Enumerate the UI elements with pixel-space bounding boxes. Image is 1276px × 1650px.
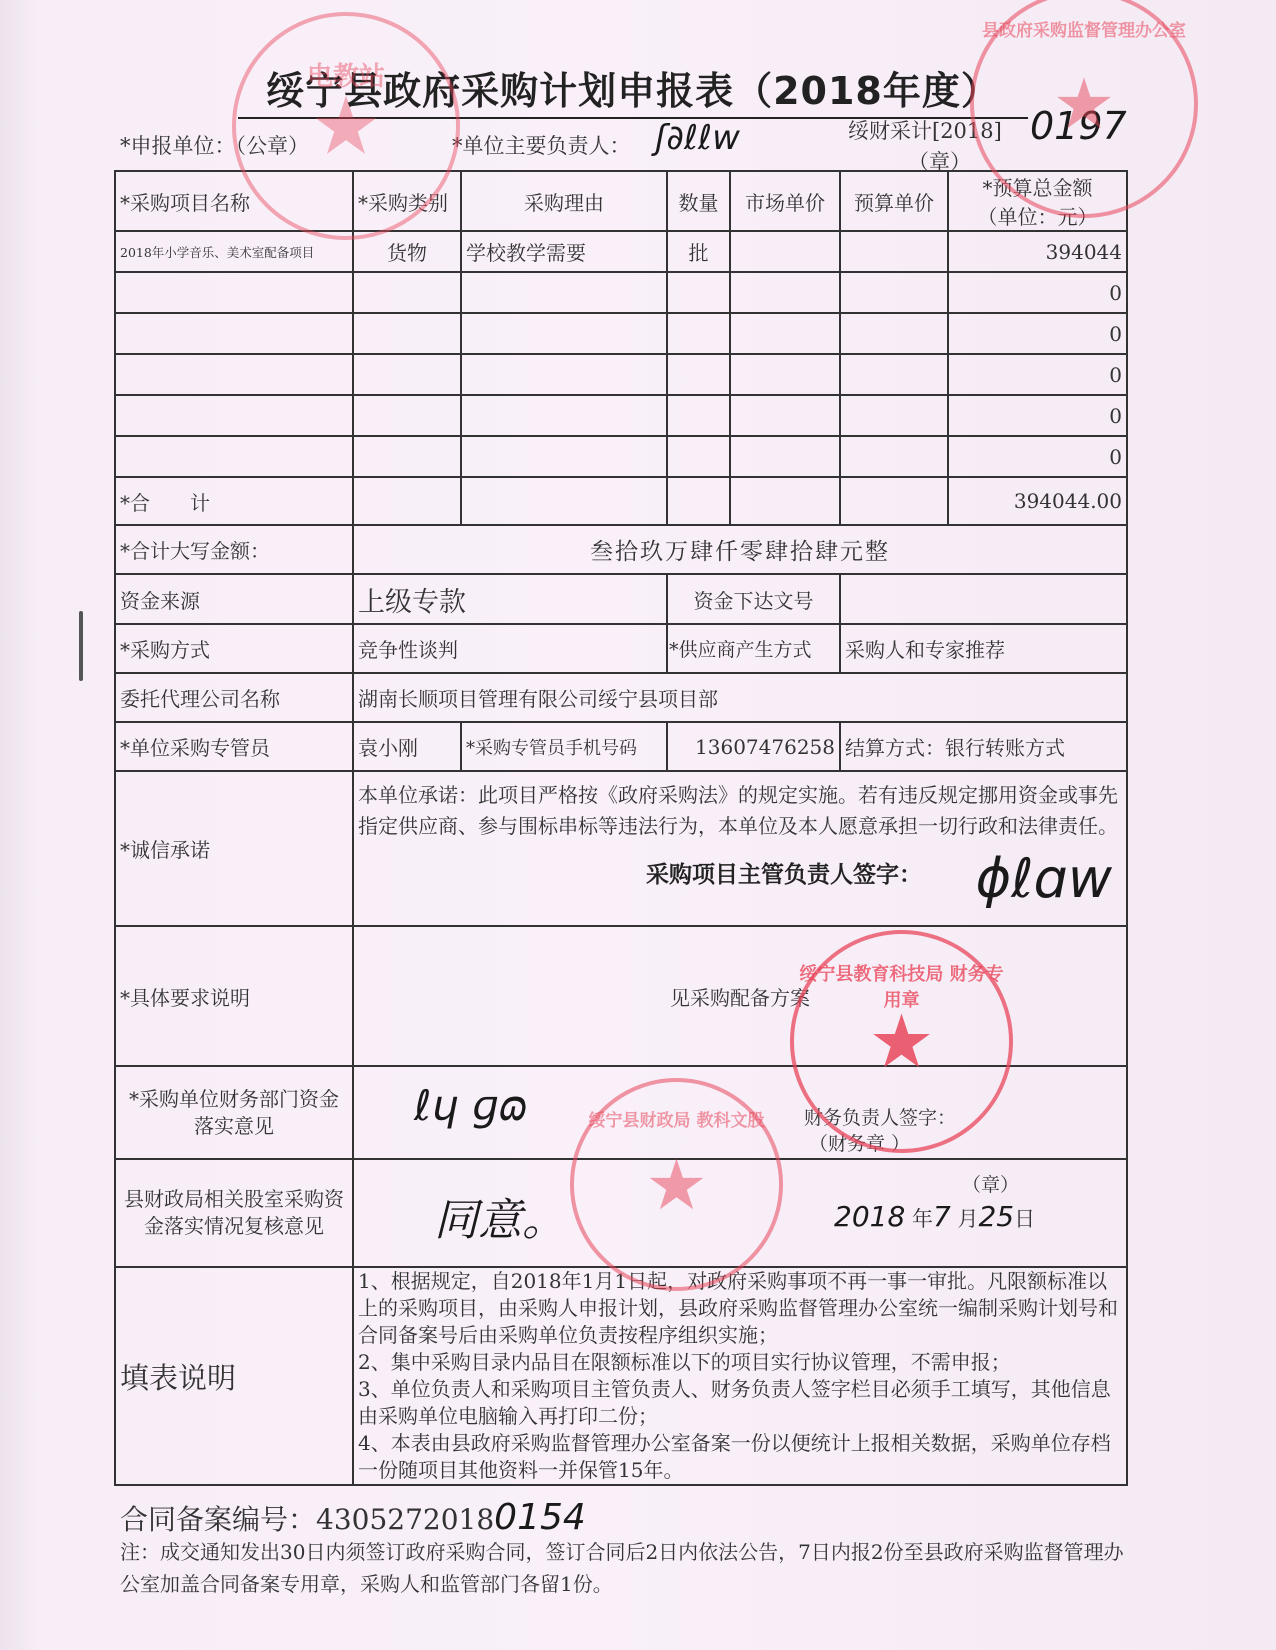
instruction-item: 2、集中采购目录内品目在限额标准以下的项目实行协议管理，不需申报； xyxy=(358,1349,1122,1376)
row-market-price xyxy=(730,313,840,354)
unit-head-label: *单位主要负责人： xyxy=(452,130,631,160)
table-row: 0 xyxy=(115,395,1127,436)
file-number-handwritten: 0197 xyxy=(1030,104,1127,148)
contract-number-printed: 4305272018 xyxy=(316,1503,494,1536)
header-category: *采购类别 xyxy=(353,171,461,231)
integrity-label: *诚信承诺 xyxy=(115,771,353,926)
amount-words-value: 叁拾玖万肆仟零肆拾肆元整 xyxy=(353,525,1127,574)
sum-label: *合 计 xyxy=(115,477,353,525)
row-quantity xyxy=(667,436,730,477)
supplier-method-value: 采购人和专家推荐 xyxy=(840,624,1127,673)
instructions-cell: 1、根据规定，自2018年1月1日起，对政府采购事项不再一事一审批。凡限额标准以… xyxy=(353,1267,1127,1485)
row-total: 0 xyxy=(948,272,1127,313)
amount-words-label: *合计大写金额： xyxy=(115,525,353,574)
header-reason: 采购理由 xyxy=(461,171,667,231)
sum-empty xyxy=(667,477,730,525)
header-quantity: 数量 xyxy=(667,171,730,231)
staple-mark xyxy=(79,611,83,681)
row-category: 货物 xyxy=(353,231,461,272)
agency-row: 委托代理公司名称 湖南长顺项目管理有限公司绥宁县项目部 xyxy=(115,673,1127,722)
row-market-price xyxy=(730,231,840,272)
table-header-row: *采购项目名称 *采购类别 采购理由 数量 市场单价 预算单价 *预算总金额（单… xyxy=(115,171,1127,231)
year-unit: 年 xyxy=(912,1207,933,1231)
contract-number-handwritten: 0154 xyxy=(494,1497,586,1538)
method-row: *采购方式 竞争性谈判 *供应商产生方式 采购人和专家推荐 xyxy=(115,624,1127,673)
fund-source-row: 资金来源 上级专款 资金下达文号 xyxy=(115,574,1127,624)
row-reason xyxy=(461,313,667,354)
day-unit: 日 xyxy=(1014,1207,1035,1231)
sum-empty xyxy=(730,477,840,525)
row-quantity xyxy=(667,313,730,354)
row-project-name xyxy=(115,354,353,395)
sum-empty xyxy=(461,477,667,525)
file-number-printed: 绥财采计[2018] xyxy=(848,115,1002,145)
procurement-form-table: *采购项目名称 *采购类别 采购理由 数量 市场单价 预算单价 *预算总金额（单… xyxy=(114,170,1128,1486)
review-row: 县财政局相关股室采购资金落实情况复核意见 同意。 （章） 2018 年7 月25… xyxy=(115,1159,1127,1267)
row-market-price xyxy=(730,354,840,395)
integrity-cell: 本单位承诺：此项目严格按《政府采购法》的规定实施。若有违反规定挪用资金或事先指定… xyxy=(353,771,1127,926)
integrity-text: 本单位承诺：此项目严格按《政府采购法》的规定实施。若有违反规定挪用资金或事先指定… xyxy=(358,780,1122,842)
header-project-name: *采购项目名称 xyxy=(115,171,353,231)
row-budget-price xyxy=(840,354,948,395)
amount-words-row: *合计大写金额： 叁拾玖万肆仟零肆拾肆元整 xyxy=(115,525,1127,574)
row-quantity xyxy=(667,272,730,313)
header-market-price: 市场单价 xyxy=(730,171,840,231)
row-budget-price xyxy=(840,395,948,436)
table-row: 0 xyxy=(115,313,1127,354)
sum-empty xyxy=(840,477,948,525)
fund-source-label: 资金来源 xyxy=(115,574,353,624)
finance-label: *采购单位财务部门资金落实意见 xyxy=(115,1066,353,1159)
supervisor-signature: ɸℓɑw xyxy=(976,847,1112,910)
row-quantity xyxy=(667,395,730,436)
officer-label: *单位采购专管员 xyxy=(115,722,353,771)
table-row: 0 xyxy=(115,272,1127,313)
row-project-name xyxy=(115,436,353,477)
row-project-name xyxy=(115,313,353,354)
row-reason xyxy=(461,272,667,313)
row-market-price xyxy=(730,395,840,436)
row-category xyxy=(353,395,461,436)
table-row: 0 xyxy=(115,436,1127,477)
requirements-value: 见采购配备方案 xyxy=(353,926,1127,1066)
fund-doc-value xyxy=(840,574,1127,624)
row-category xyxy=(353,354,461,395)
settlement-method: 结算方式：银行转账方式 xyxy=(840,722,1127,771)
officer-value: 袁小刚 xyxy=(353,722,461,771)
instructions-row: 填表说明 1、根据规定，自2018年1月1日起，对政府采购事项不再一事一审批。凡… xyxy=(115,1267,1127,1485)
method-value: 竞争性谈判 xyxy=(353,624,667,673)
seal-text: 县政府采购监督管理办公室 xyxy=(974,16,1194,41)
review-date-year: 2018 xyxy=(834,1200,905,1233)
requirements-label: *具体要求说明 xyxy=(115,926,353,1066)
row-project-name: 2018年小学音乐、美术室配备项目 xyxy=(115,231,353,272)
phone-label: *采购专管员手机号码 xyxy=(461,722,667,771)
instruction-item: 1、根据规定，自2018年1月1日起，对政府采购事项不再一事一审批。凡限额标准以… xyxy=(358,1268,1122,1349)
finance-signature: ℓɥ ɡɷ xyxy=(414,1081,529,1130)
row-reason xyxy=(461,354,667,395)
requirements-row: *具体要求说明 见采购配备方案 xyxy=(115,926,1127,1066)
row-total: 0 xyxy=(948,436,1127,477)
review-label: 县财政局相关股室采购资金落实情况复核意见 xyxy=(115,1159,353,1267)
agency-label: 委托代理公司名称 xyxy=(115,673,353,722)
integrity-row: *诚信承诺 本单位承诺：此项目严格按《政府采购法》的规定实施。若有违反规定挪用资… xyxy=(115,771,1127,926)
finance-sign-label: 财务负责人签字： xyxy=(804,1103,956,1130)
footer-note: 注：成交通知发出30日内须签订政府采购合同，签订合同后2日内依法公告，7日内报2… xyxy=(120,1536,1130,1600)
row-budget-price xyxy=(840,436,948,477)
row-quantity xyxy=(667,354,730,395)
row-category xyxy=(353,313,461,354)
row-reason xyxy=(461,436,667,477)
instruction-item: 3、单位负责人和采购项目主管负责人、财务负责人签字栏目必须手工填写，其他信息由采… xyxy=(358,1376,1122,1430)
fund-source-value: 上级专款 xyxy=(353,574,667,624)
agency-value: 湖南长顺项目管理有限公司绥宁县项目部 xyxy=(353,673,1127,722)
row-total: 394044 xyxy=(948,231,1127,272)
header-total: *预算总金额（单位：元） xyxy=(948,171,1127,231)
month-unit: 月 xyxy=(957,1207,978,1231)
sum-empty xyxy=(353,477,461,525)
row-budget-price xyxy=(840,313,948,354)
row-total: 0 xyxy=(948,354,1127,395)
finance-seal-label: （财务章 ） xyxy=(809,1129,910,1156)
instructions-label: 填表说明 xyxy=(115,1267,353,1485)
row-category xyxy=(353,436,461,477)
scanned-form-page: 绥宁县政府采购计划申报表（2018年度） *申报单位：（公章） *单位主要负责人… xyxy=(0,0,1276,1650)
applicant-unit-label: *申报单位：（公章） xyxy=(120,130,309,160)
row-project-name xyxy=(115,395,353,436)
finance-cell: ℓɥ ɡɷ 财务负责人签字： （财务章 ） xyxy=(353,1066,1127,1159)
finance-row: *采购单位财务部门资金落实意见 ℓɥ ɡɷ 财务负责人签字： （财务章 ） xyxy=(115,1066,1127,1159)
row-reason xyxy=(461,395,667,436)
row-market-price xyxy=(730,272,840,313)
instruction-item: 4、本表由县政府采购监督管理办公室备案一份以便统计上报相关数据，采购单位存档一份… xyxy=(358,1430,1122,1484)
row-total: 0 xyxy=(948,395,1127,436)
row-reason: 学校教学需要 xyxy=(461,231,667,272)
sum-value: 394044.00 xyxy=(948,477,1127,525)
review-seal-label: （章） xyxy=(962,1170,1019,1197)
row-budget-price xyxy=(840,272,948,313)
contract-number: 合同备案编号：43052720180154 xyxy=(120,1497,586,1538)
fund-doc-label: 资金下达文号 xyxy=(667,574,840,624)
unit-head-signature: ʃ∂ℓℓw xyxy=(655,118,740,158)
row-total: 0 xyxy=(948,313,1127,354)
header-budget-price: 预算单价 xyxy=(840,171,948,231)
review-date: 2018 年7 月25日 xyxy=(834,1200,1035,1233)
phone-value: 13607476258 xyxy=(667,722,840,771)
row-project-name xyxy=(115,272,353,313)
review-date-month: 7 xyxy=(933,1200,951,1233)
sum-row: *合 计 394044.00 xyxy=(115,477,1127,525)
contract-number-label: 合同备案编号： xyxy=(120,1503,316,1536)
method-label: *采购方式 xyxy=(115,624,353,673)
table-row: 0 xyxy=(115,354,1127,395)
table-row: 2018年小学音乐、美术室配备项目 货物 学校教学需要 批 394044 xyxy=(115,231,1127,272)
row-category xyxy=(353,272,461,313)
row-market-price xyxy=(730,436,840,477)
review-handwritten: 同意。 xyxy=(434,1184,566,1248)
review-date-day: 25 xyxy=(978,1200,1014,1233)
supplier-method-label: *供应商产生方式 xyxy=(667,624,840,673)
officer-row: *单位采购专管员 袁小刚 *采购专管员手机号码 13607476258 结算方式… xyxy=(115,722,1127,771)
row-budget-price xyxy=(840,231,948,272)
form-title: 绥宁县政府采购计划申报表（2018年度） xyxy=(238,60,1028,119)
row-quantity: 批 xyxy=(667,231,730,272)
review-cell: 同意。 （章） 2018 年7 月25日 xyxy=(353,1159,1127,1267)
